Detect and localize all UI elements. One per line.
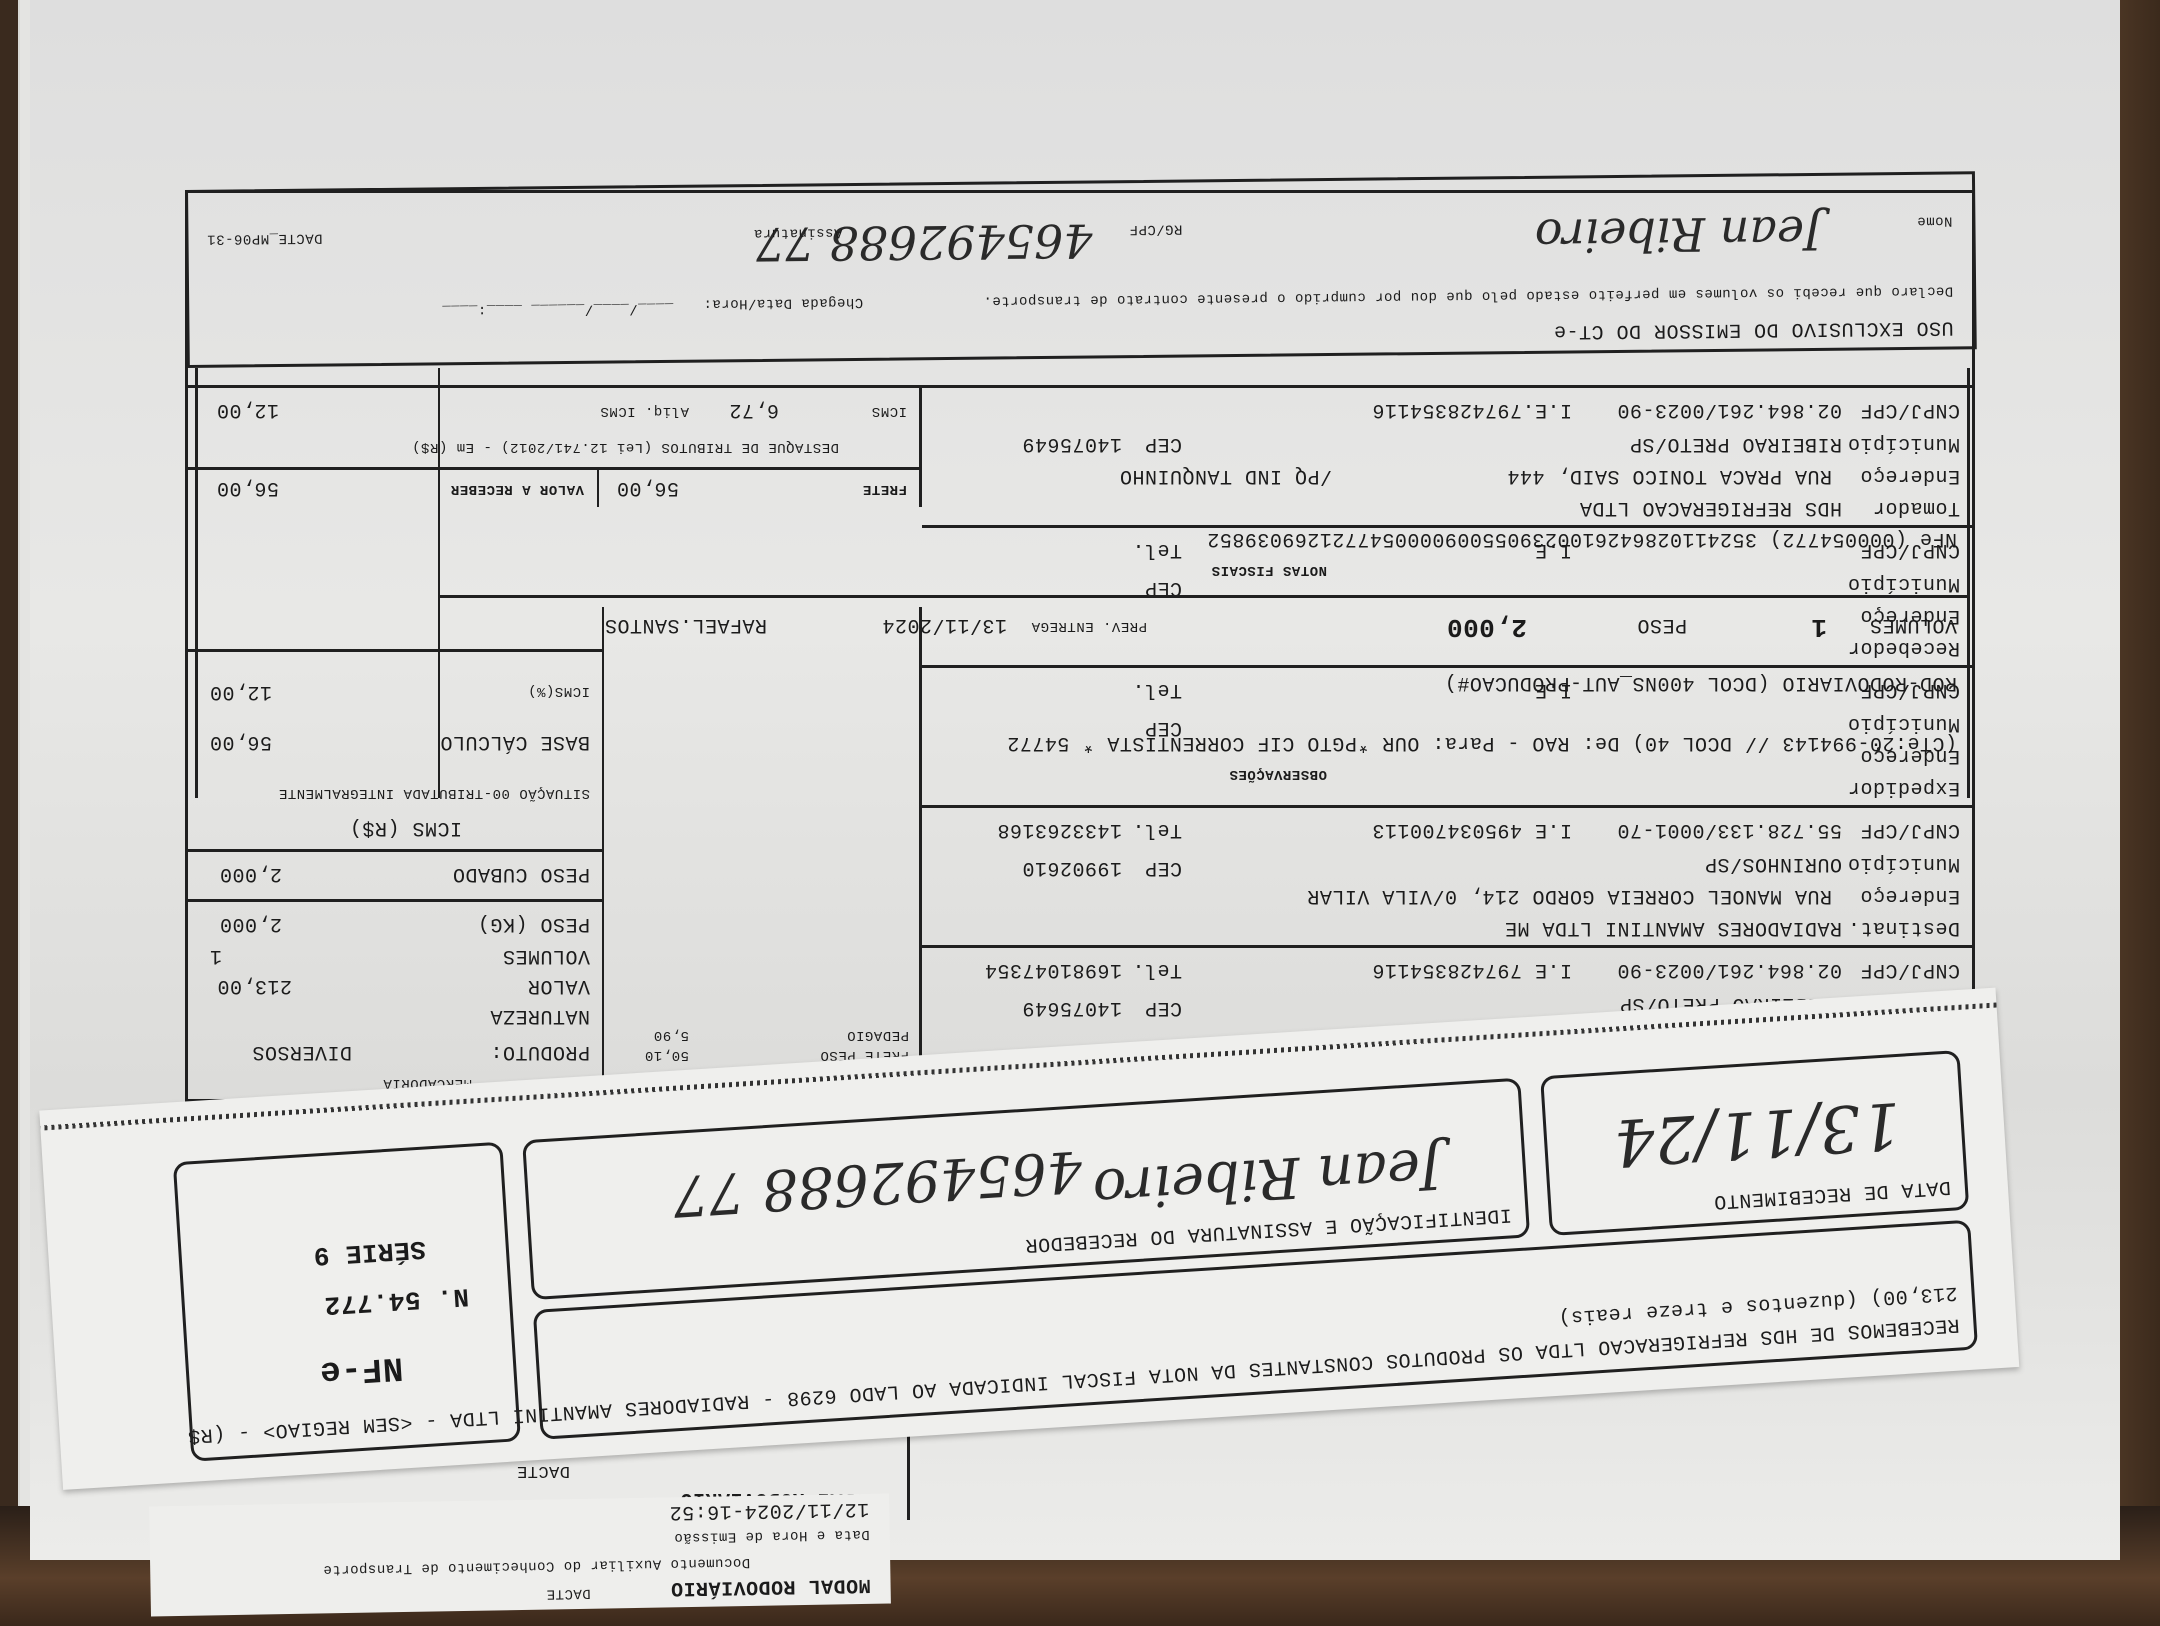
identificacao-handwritten-name: Jean Ribeiro	[1091, 1135, 1445, 1222]
identificacao-handwritten-doc: 465492688 77	[671, 1137, 1084, 1228]
prev-entrega: 13/11/2024	[882, 613, 1007, 636]
data-recebimento-label: DATA DE RECEBIMENTO	[1713, 1175, 1952, 1213]
obs-notes-section: OBSERVAÇÕES (CTe:20-994143 // DCOL 40) D…	[195, 368, 1970, 798]
nome-label: Nome	[1917, 212, 1953, 228]
obs-line-1: (CTe:20-994143 // DCOL 40) De: RAO - Par…	[1007, 731, 1957, 754]
form-code-footer: DACTE_MP06-31	[207, 230, 323, 247]
dacte-label: DACTE	[546, 1585, 591, 1602]
operador: RAFAEL.SANTOS	[604, 613, 767, 636]
overlay-layer: USO EXCLUSIVO DO EMISSOR DO CT-e Declaro…	[0, 0, 2160, 1626]
obs-volumes: 1	[1811, 612, 1827, 642]
receipt-inner: USO EXCLUSIVO DO EMISSOR DO CT-e Declaro…	[188, 174, 1974, 365]
obs-peso: 2,000	[1446, 612, 1527, 642]
modal-label: MODAL RODOVIÁRIO	[670, 1573, 870, 1599]
receipt-section: USO EXCLUSIVO DO EMISSOR DO CT-e Declaro…	[185, 171, 1977, 368]
obs-label: OBSERVAÇÕES	[1229, 766, 1327, 782]
nfe-stub-anchor: RECEBEMOS DE HDS REFRIGERACAO LTDA OS PR…	[60, 1317, 2016, 1440]
obs-line-2: ROD-RODOVIARIO (DCOL 400NS_AUT-PRODUCAO#…	[1444, 671, 1957, 694]
dacte-long-title: Documento Auxiliar do Conhecimento de Tr…	[323, 1554, 750, 1577]
nome-handwritten: Jean Ribeiro	[1535, 206, 1823, 263]
nfe-receipt-stub: RECEBEMOS DE HDS REFRIGERACAO LTDA OS PR…	[39, 988, 2019, 1490]
chegada-label: Chegada Data/Hora:	[703, 294, 863, 312]
assinatura-label: Assinatura	[753, 224, 842, 241]
dacte-copy-inner: MODAL RODOVIÁRIO DACTE Documento Auxilia…	[149, 1494, 891, 1617]
nfe-number-box: NF-e N. 54.772 SÉRIE 9	[173, 1142, 521, 1462]
obs-inner: OBSERVAÇÕES (CTe:20-994143 // DCOL 40) D…	[440, 368, 1967, 798]
nfe-key: NFe (000054772) 352411028642610023905500…	[1207, 527, 1957, 550]
declaro-text: Declaro que recebi os volumes em perfeit…	[983, 282, 1953, 308]
rg-label: RG/CPF	[1129, 221, 1183, 238]
divider	[440, 595, 1967, 598]
notas-fiscais-label: NOTAS FISCAIS	[1211, 562, 1327, 578]
data-recebimento-handwritten: 13/11/24	[1612, 1087, 1904, 1179]
obs-peso-label: PESO	[1637, 613, 1687, 636]
prev-entrega-label: PREV. ENTREGA	[1031, 618, 1147, 634]
chegada-blank: ____/____/______ ____:____	[442, 300, 674, 318]
emission-value: 12/11/2024-16:52	[669, 1497, 869, 1523]
emission-label: Data e Hora de Emissão	[674, 1526, 870, 1545]
data-recebimento-box: DATA DE RECEBIMENTO 13/11/24	[1540, 1050, 1969, 1236]
nfe-number: N. 54.772	[323, 1281, 470, 1320]
dacte-copy-corner: MODAL RODOVIÁRIO DACTE Documento Auxilia…	[149, 1494, 891, 1617]
obs-volumes-label: VOLUMES	[1869, 613, 1957, 636]
nfe-serie: SÉRIE 9	[312, 1234, 426, 1271]
rg-handwritten: 465492688 77	[756, 214, 1093, 272]
nfe-title: NF-e	[318, 1347, 404, 1390]
uso-exclusivo-label: USO EXCLUSIVO DO EMISSOR DO CT-e	[1553, 315, 1953, 342]
